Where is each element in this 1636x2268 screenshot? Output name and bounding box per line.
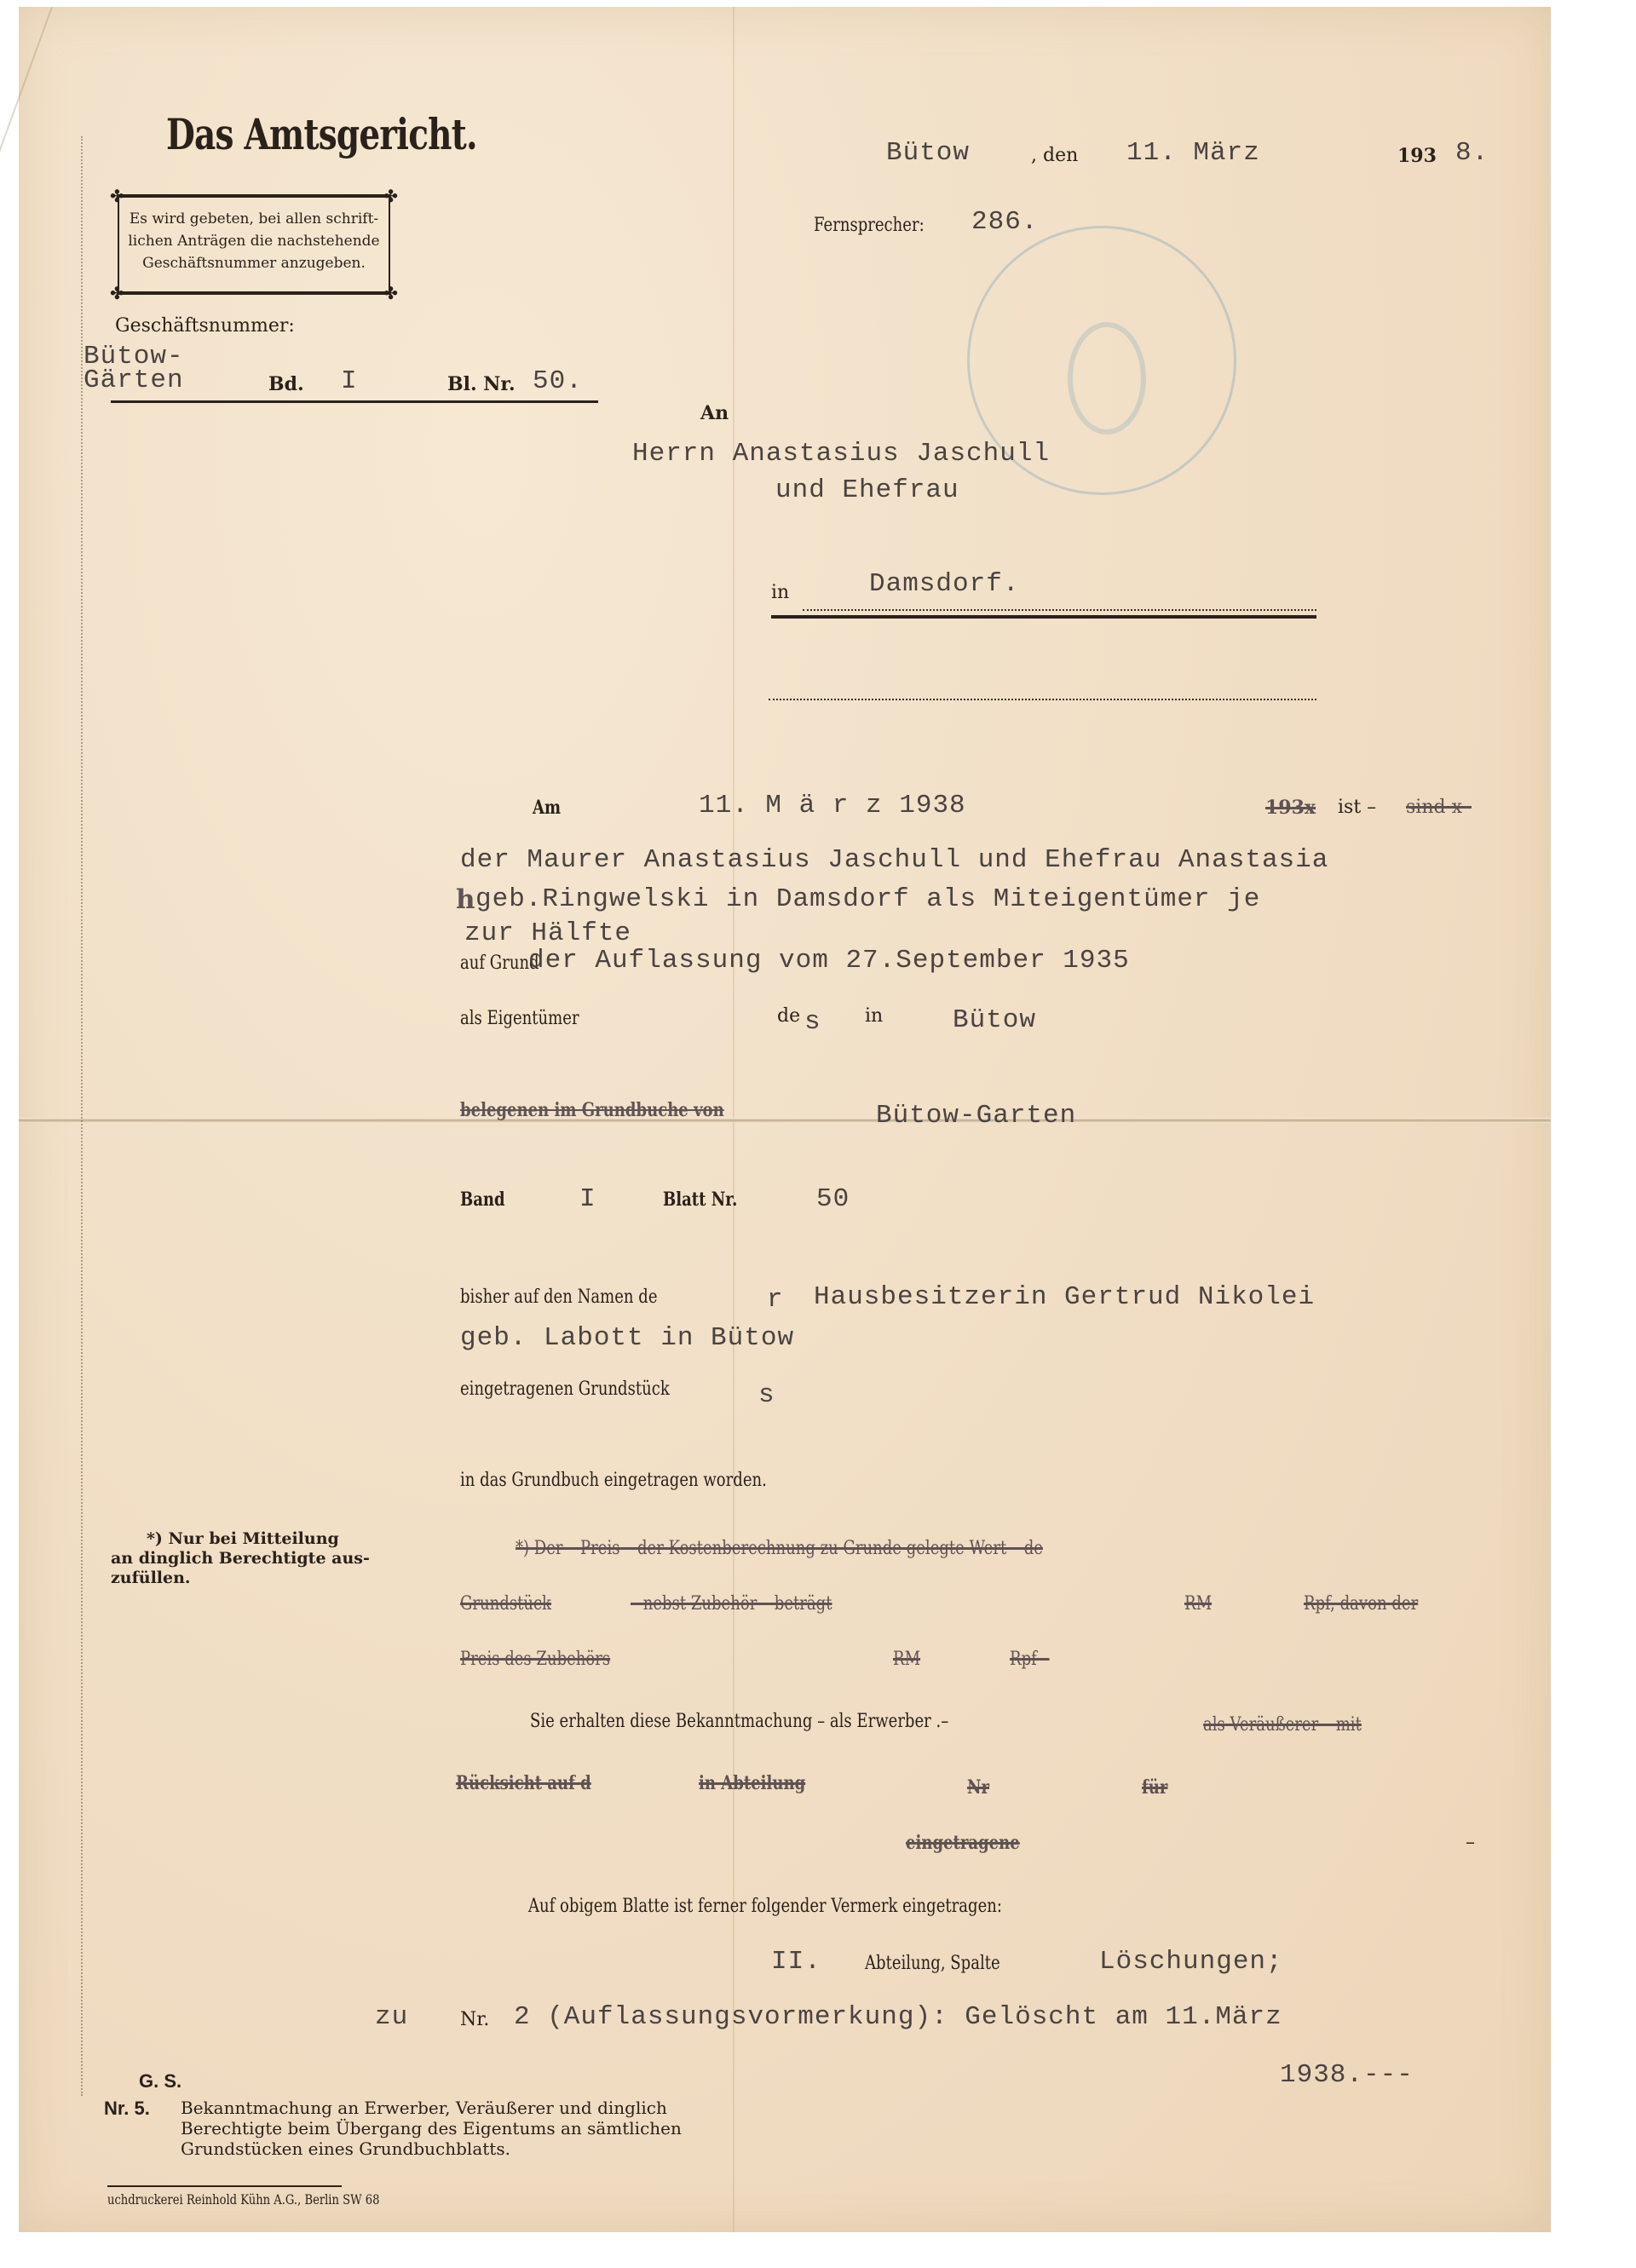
phone-label: Fernsprecher: [814, 215, 925, 236]
struck-price-zubehoer: – nebst Zubehör – beträgt [631, 1593, 832, 1615]
entry-date: 11. M ä r z 1938 [699, 791, 966, 820]
form-code: G. S. [139, 2070, 181, 2092]
owners-line2: geb.Ringwelski in Damsdorf als Miteigent… [475, 884, 1260, 914]
receive-struck: als Veräußerer – mit [1203, 1714, 1362, 1736]
nr-label: Nr. [460, 2009, 489, 2030]
registry-label: belegenen im Grundbuche von [460, 1099, 724, 1121]
registered-suffix: s [758, 1380, 775, 1410]
struck-price-line1: *) Der – Preis – der Kostenberechnung zu… [516, 1538, 1043, 1559]
town-dotted-line [803, 609, 1316, 611]
owners-line3: zur Hälfte [464, 918, 631, 948]
registry-name: Bütow-Garten [876, 1101, 1076, 1131]
struck-sind: sind x– [1406, 797, 1472, 818]
basis-label: auf Grund [460, 953, 539, 974]
struck-price-grundstueck: Grundstück [460, 1593, 551, 1615]
printer-imprint: uchdruckerei Reinhold Kühn A.G., Berlin … [107, 2191, 379, 2208]
struck-consider-b: in Abteilung [699, 1772, 805, 1794]
printer-rule [107, 2185, 342, 2187]
previous-owner-line1: Hausbesitzerin Gertrud Nikolei [814, 1282, 1315, 1312]
band-label: Band [460, 1189, 505, 1211]
form-description: Bekanntmachung an Erwerber, Veräußerer u… [181, 2098, 682, 2159]
struck-consider-a: Rücksicht auf d [456, 1772, 591, 1794]
previous-owner-suffix: r [767, 1285, 784, 1315]
form-description-line: Bekanntmachung an Erwerber, Veräußerer u… [181, 2098, 682, 2118]
ornament-icon: ✤ [110, 285, 124, 302]
recipient-town: Damsdorf. [869, 569, 1019, 599]
footnote: *) Nur bei Mitteilung an dinglich Berech… [111, 1529, 370, 1588]
in-label: in [771, 582, 789, 603]
footnote-line: zufüllen. [111, 1569, 370, 1588]
struck-consider-c: Nr [967, 1776, 989, 1799]
address-extra-line [769, 699, 1316, 700]
deletion-text: 2 (Auflassungsvormerkung): Gelöscht am 1… [514, 2002, 1282, 2032]
sheet-label: Bl. Nr. [447, 373, 516, 395]
margin-perforation [81, 136, 83, 2096]
horizontal-fold [19, 1118, 1551, 1123]
phone-number: 286. [971, 207, 1038, 237]
struck-price-rpf: Rpf, davon der [1304, 1593, 1418, 1615]
notice-text: Es wird gebeten, bei allen schrift- lich… [128, 208, 380, 274]
section-number: II. [771, 1947, 821, 1977]
further-note: Auf obigem Blatte ist ferner folgender V… [528, 1896, 1002, 1917]
previous-owner-line2: geb. Labott in Bütow [460, 1323, 794, 1353]
struck-accessory-rpf: Rpf – [1010, 1649, 1050, 1670]
ornament-icon: ✤ [383, 187, 398, 204]
basis-text: der Auflassung vom 27.September 1935 [528, 946, 1130, 976]
seal-emblem [1068, 322, 1146, 435]
property-town: Bütow [953, 1005, 1036, 1035]
form-description-line: Grundstücken eines Grundbuchblatts. [181, 2138, 682, 2159]
struck-year: 193x [1265, 797, 1316, 819]
des-suffix: s [804, 1007, 821, 1037]
property-in-label: in [865, 1005, 883, 1027]
year-prefix: 193 [1397, 145, 1437, 167]
date: 11. März [1126, 138, 1260, 168]
case-place-line: Gärten [84, 369, 184, 393]
des-label: de [777, 1005, 800, 1027]
volume-value: I [341, 366, 358, 396]
am-label: Am [533, 797, 561, 819]
to-label: An [700, 402, 729, 424]
case-place: Bütow- Gärten [84, 345, 184, 393]
form-description-line: Berechtigte beim Übergang des Eigentums … [181, 2118, 682, 2138]
entered-sentence: in das Grundbuch eingetragen worden. [460, 1470, 767, 1491]
notice-box: ✤ ✤ ✤ ✤ Es wird gebeten, bei allen schri… [118, 194, 390, 295]
issuer-title: Das Amtsgericht. [166, 109, 477, 159]
previous-owner-label: bisher auf den Namen de [460, 1287, 657, 1308]
ornament-icon: ✤ [110, 187, 124, 204]
zu-label: zu [375, 2002, 408, 2032]
footnote-line: *) Nur bei Mitteilung [111, 1529, 370, 1549]
blatt-label: Blatt Nr. [663, 1189, 737, 1211]
recipient-name-line2: und Ehefrau [775, 475, 959, 505]
section-label: Abteilung, Spalte [865, 1953, 1000, 1974]
recipient-name: Herrn Anastasius Jaschull [632, 439, 1050, 469]
place: Bütow [886, 138, 970, 168]
struck-accessory-rm: RM [893, 1649, 920, 1670]
notice-line: lichen Anträgen die nachstehende [128, 230, 380, 252]
line-dash: – [1466, 1832, 1475, 1853]
registered-label: eingetragenen Grundstück [460, 1379, 670, 1400]
section-value: Löschungen; [1099, 1947, 1283, 1977]
ist-label: ist – [1338, 797, 1376, 818]
owners-line1: der Maurer Anastasius Jaschull und Ehefr… [460, 845, 1328, 875]
volume-label: Bd. [268, 373, 304, 395]
address-underline [771, 615, 1316, 619]
struck-accessory-price: Preis des Zubehörs [460, 1649, 610, 1670]
case-number-label: Geschäftsnummer: [115, 315, 295, 337]
sheet-value: 50. [533, 366, 583, 396]
owner-label: als Eigentümer [460, 1008, 579, 1029]
date-connector: , den [1031, 145, 1078, 166]
blatt-value: 50 [816, 1184, 850, 1214]
form-number: Nr. 5. [104, 2098, 150, 2120]
band-value: I [579, 1184, 596, 1214]
struck-price-rm: RM [1184, 1593, 1212, 1615]
struck-registered: eingetragene [906, 1832, 1020, 1854]
owners-struck-char: h [456, 884, 475, 915]
deletion-year: 1938.--- [1280, 2060, 1414, 2090]
year-suffix: 8. [1455, 138, 1489, 168]
struck-consider-d: für [1142, 1776, 1167, 1799]
footnote-line: an dinglich Berechtigte aus- [111, 1549, 370, 1569]
notice-line: Geschäftsnummer anzugeben. [128, 252, 380, 274]
notice-line: Es wird gebeten, bei allen schrift- [128, 208, 380, 230]
ornament-icon: ✤ [383, 285, 398, 302]
case-underline [111, 400, 598, 403]
receive-text: Sie erhalten diese Bekanntmachung – als … [530, 1711, 948, 1732]
